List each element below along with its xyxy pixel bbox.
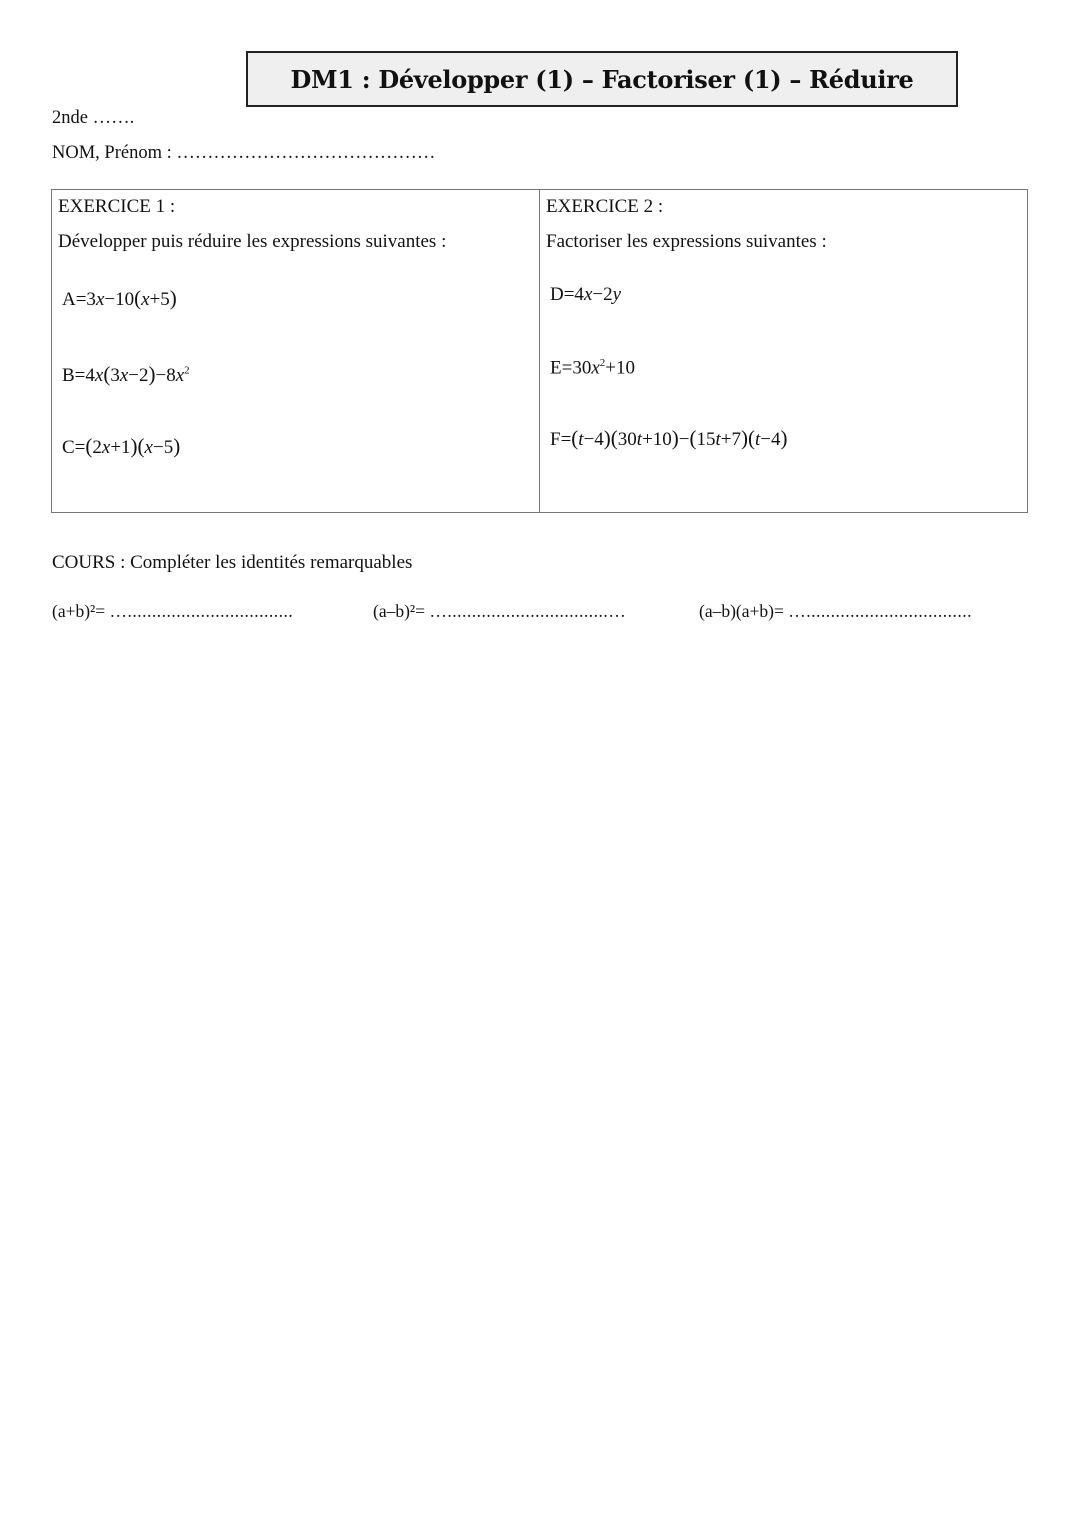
class-line: 2nde …….	[52, 108, 134, 129]
expression-b: B=4x(3x−2)−8x2	[62, 362, 190, 387]
exercise-1-heading: EXERCICE 1 :	[58, 196, 175, 218]
expression-f: F=(t−4)(30t+10)−(15t+7)(t−4)	[550, 426, 788, 451]
title-box: DM1 : Développer (1) – Factoriser (1) – …	[246, 51, 958, 107]
identity-lhs: (a+b)²=	[52, 601, 105, 621]
cours-title: COURS : Compléter les identités remarqua…	[52, 552, 412, 574]
identity-blank: ….................................…	[429, 601, 626, 621]
identity-difference-of-squares: (a–b)(a+b)= …...........................…	[699, 601, 972, 622]
expression-d: D=4x−2y	[550, 284, 621, 306]
identity-lhs: (a–b)(a+b)=	[699, 601, 784, 621]
exercise-1-cell: EXERCICE 1 : Développer puis réduire les…	[52, 190, 540, 512]
identity-square-sum: (a+b)²= …...............................…	[52, 601, 293, 622]
exercise-2-heading: EXERCICE 2 :	[546, 196, 663, 218]
expression-c: C=(2x+1)(x−5)	[62, 434, 180, 459]
expression-e: E=30x2+10	[550, 357, 635, 379]
expression-a: A=3x−10(x+5)	[62, 286, 177, 311]
exercise-1-instruction: Développer puis réduire les expressions …	[58, 231, 446, 253]
identity-lhs: (a–b)²=	[373, 601, 425, 621]
identity-blank: …..................................	[110, 601, 294, 621]
name-line: NOM, Prénom : ……………………………………	[52, 143, 435, 164]
exercises-table: EXERCICE 1 : Développer puis réduire les…	[51, 189, 1028, 513]
exercise-2-cell: EXERCICE 2 : Factoriser les expressions …	[540, 190, 1027, 512]
identity-blank: …..................................	[788, 601, 972, 621]
exercise-2-instruction: Factoriser les expressions suivantes :	[546, 231, 827, 253]
page-title: DM1 : Développer (1) – Factoriser (1) – …	[290, 65, 913, 94]
identity-square-difference: (a–b)²= …...............................…	[373, 601, 626, 622]
